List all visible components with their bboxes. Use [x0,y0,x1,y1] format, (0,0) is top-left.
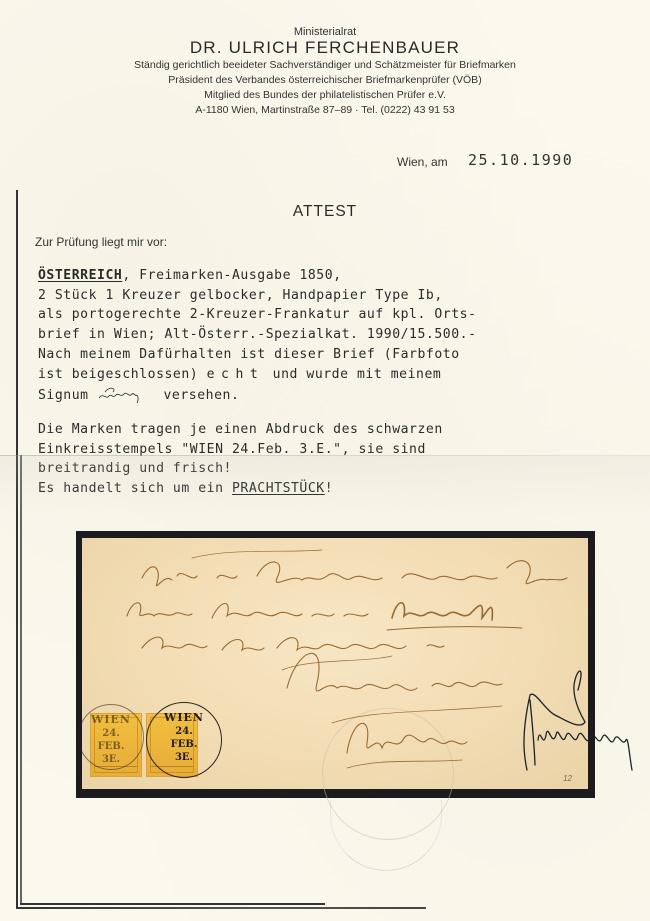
expert-signature-icon [0,0,650,921]
